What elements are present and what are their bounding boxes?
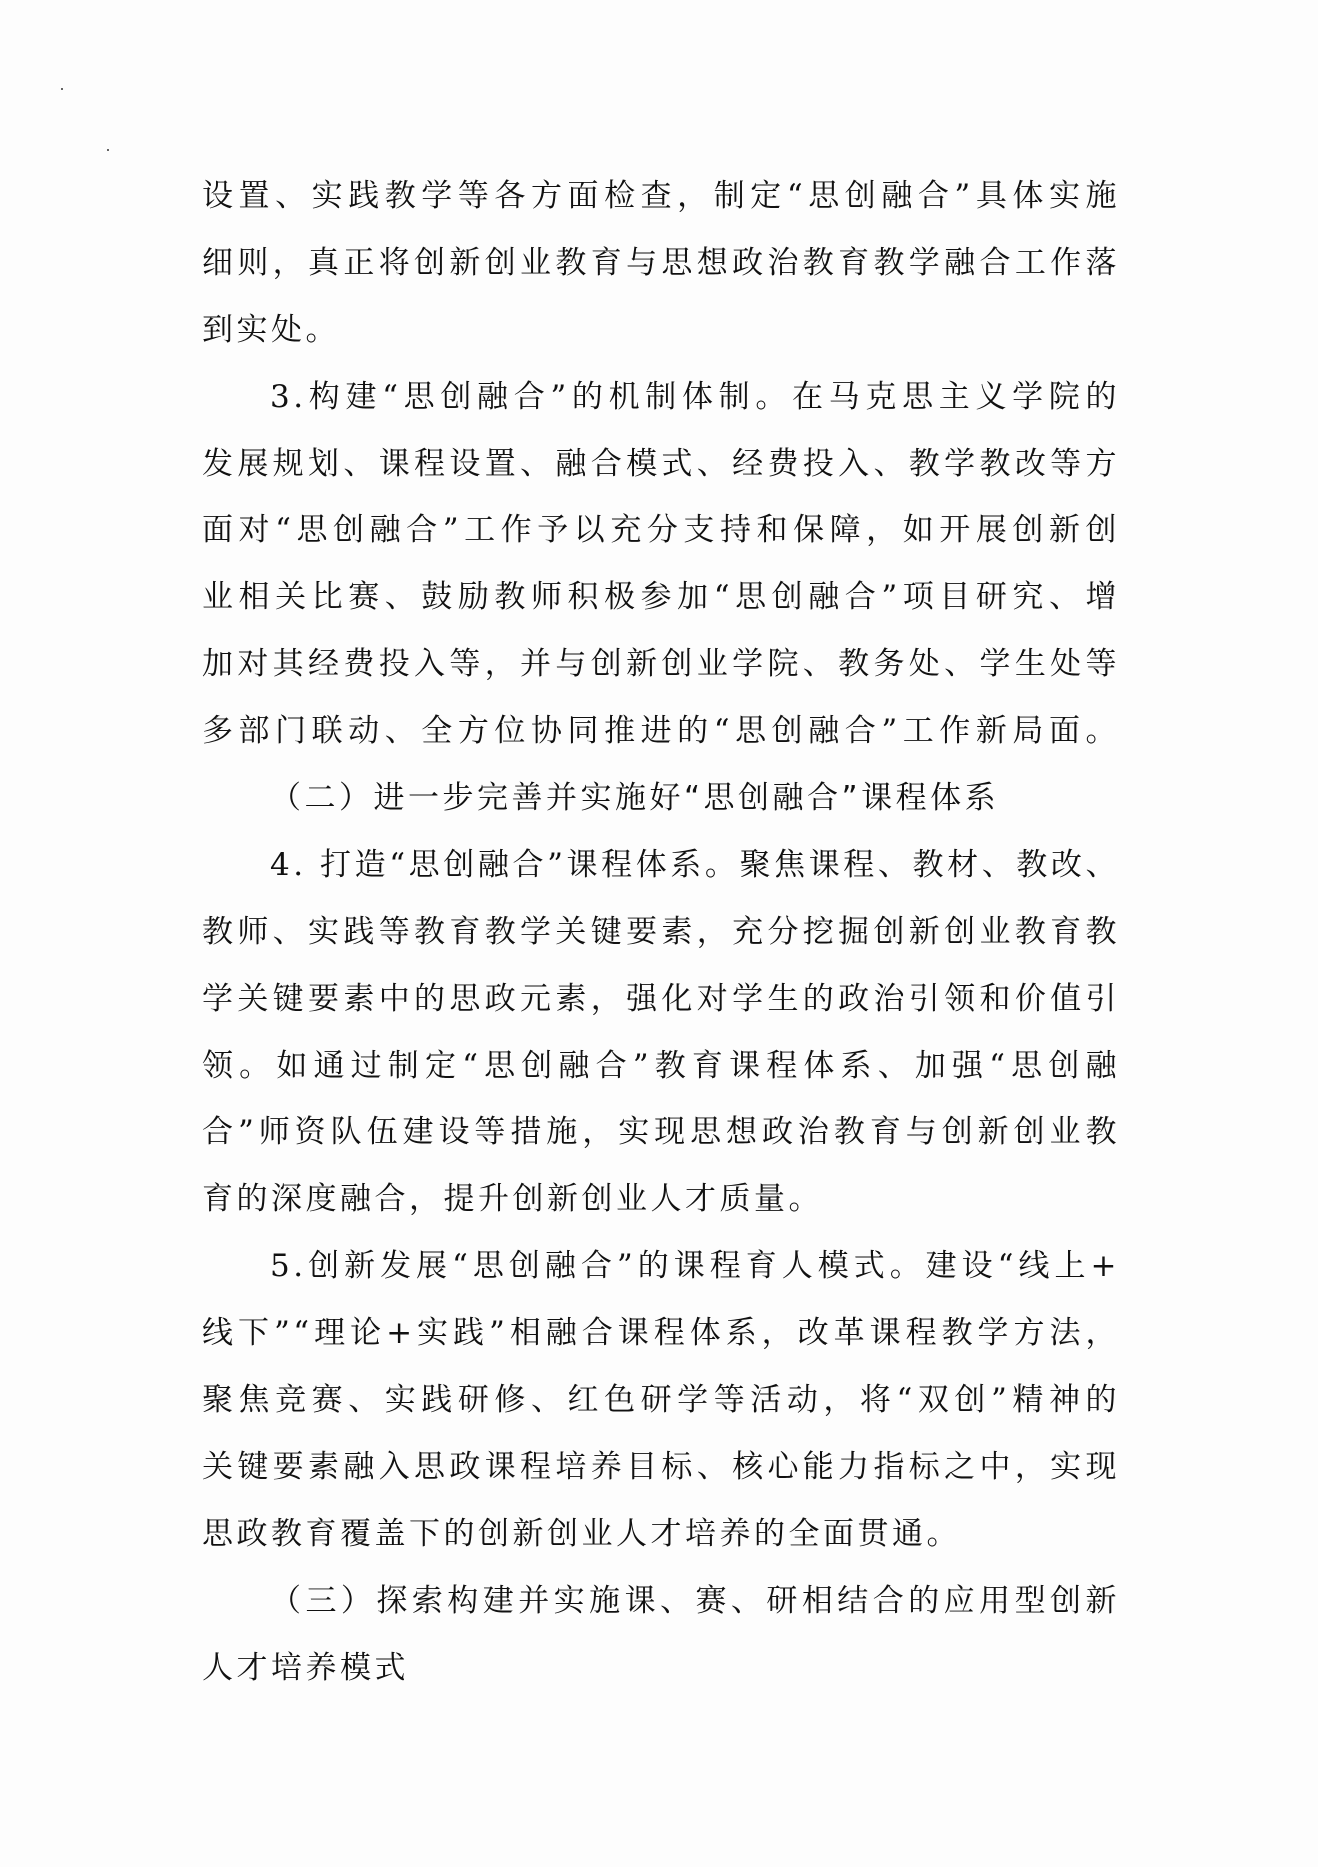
heading-line: 人才培养模式 <box>202 1635 1120 1702</box>
paragraph-item-3: 3.构建“思创融合”的机制体制。在马克思主义学院的 发展规划、课程设置、融合模式… <box>202 364 1120 765</box>
text-line: 合”师资队伍建设等措施，实现思想政治教育与创新创业教 <box>202 1099 1120 1166</box>
paragraph-continued: 设置、实践教学等各方面检查，制定“思创融合”具体实施 细则，真正将创新创业教育与… <box>202 163 1120 364</box>
text-line: 领。如通过制定“思创融合”教育课程体系、加强“思创融 <box>202 1033 1120 1100</box>
text-line: 学关键要素中的思政元素，强化对学生的政治引领和价值引 <box>202 966 1120 1033</box>
text-line: 多部门联动、全方位协同推进的“思创融合”工作新局面。 <box>202 698 1120 765</box>
text-line: 细则，真正将创新创业教育与思想政治教育教学融合工作落 <box>202 230 1120 297</box>
text-line: 设置、实践教学等各方面检查，制定“思创融合”具体实施 <box>202 163 1120 230</box>
text-line: 加对其经费投入等，并与创新创业学院、教务处、学生处等 <box>202 631 1120 698</box>
heading-line: （三）探索构建并实施课、赛、研相结合的应用型创新 <box>202 1568 1120 1635</box>
paragraph-item-4: 4. 打造“思创融合”课程体系。聚焦课程、教材、教改、 教师、实践等教育教学关键… <box>202 832 1120 1233</box>
text-line: 关键要素融入思政课程培养目标、核心能力指标之中，实现 <box>202 1434 1120 1501</box>
scan-speck <box>61 88 63 90</box>
text-line: 线下”“理论+实践”相融合课程体系，改革课程教学方法， <box>202 1300 1120 1367</box>
section-heading-3: （三）探索构建并实施课、赛、研相结合的应用型创新 人才培养模式 <box>202 1568 1120 1702</box>
text-line: 思政教育覆盖下的创新创业人才培养的全面贯通。 <box>202 1501 1120 1568</box>
paragraph-item-5: 5.创新发展“思创融合”的课程育人模式。建设“线上+ 线下”“理论+实践”相融合… <box>202 1233 1120 1567</box>
text-line: 业相关比赛、鼓励教师积极参加“思创融合”项目研究、增 <box>202 564 1120 631</box>
text-line: 5.创新发展“思创融合”的课程育人模式。建设“线上+ <box>202 1233 1120 1300</box>
scanned-page: 设置、实践教学等各方面检查，制定“思创融合”具体实施 细则，真正将创新创业教育与… <box>0 0 1318 1867</box>
text-line: 发展规划、课程设置、融合模式、经费投入、教学教改等方 <box>202 431 1120 498</box>
text-line: 到实处。 <box>202 297 1120 364</box>
text-line: 育的深度融合，提升创新创业人才质量。 <box>202 1166 1120 1233</box>
text-line: 3.构建“思创融合”的机制体制。在马克思主义学院的 <box>202 364 1120 431</box>
text-line: 教师、实践等教育教学关键要素，充分挖掘创新创业教育教 <box>202 899 1120 966</box>
document-body: 设置、实践教学等各方面检查，制定“思创融合”具体实施 细则，真正将创新创业教育与… <box>202 163 1120 1701</box>
text-line: 聚焦竞赛、实践研修、红色研学等活动，将“双创”精神的 <box>202 1367 1120 1434</box>
heading-line: （二）进一步完善并实施好“思创融合”课程体系 <box>202 765 1120 832</box>
scan-speck <box>107 149 109 151</box>
section-heading-2: （二）进一步完善并实施好“思创融合”课程体系 <box>202 765 1120 832</box>
text-line: 面对“思创融合”工作予以充分支持和保障，如开展创新创 <box>202 497 1120 564</box>
text-line: 4. 打造“思创融合”课程体系。聚焦课程、教材、教改、 <box>202 832 1120 899</box>
